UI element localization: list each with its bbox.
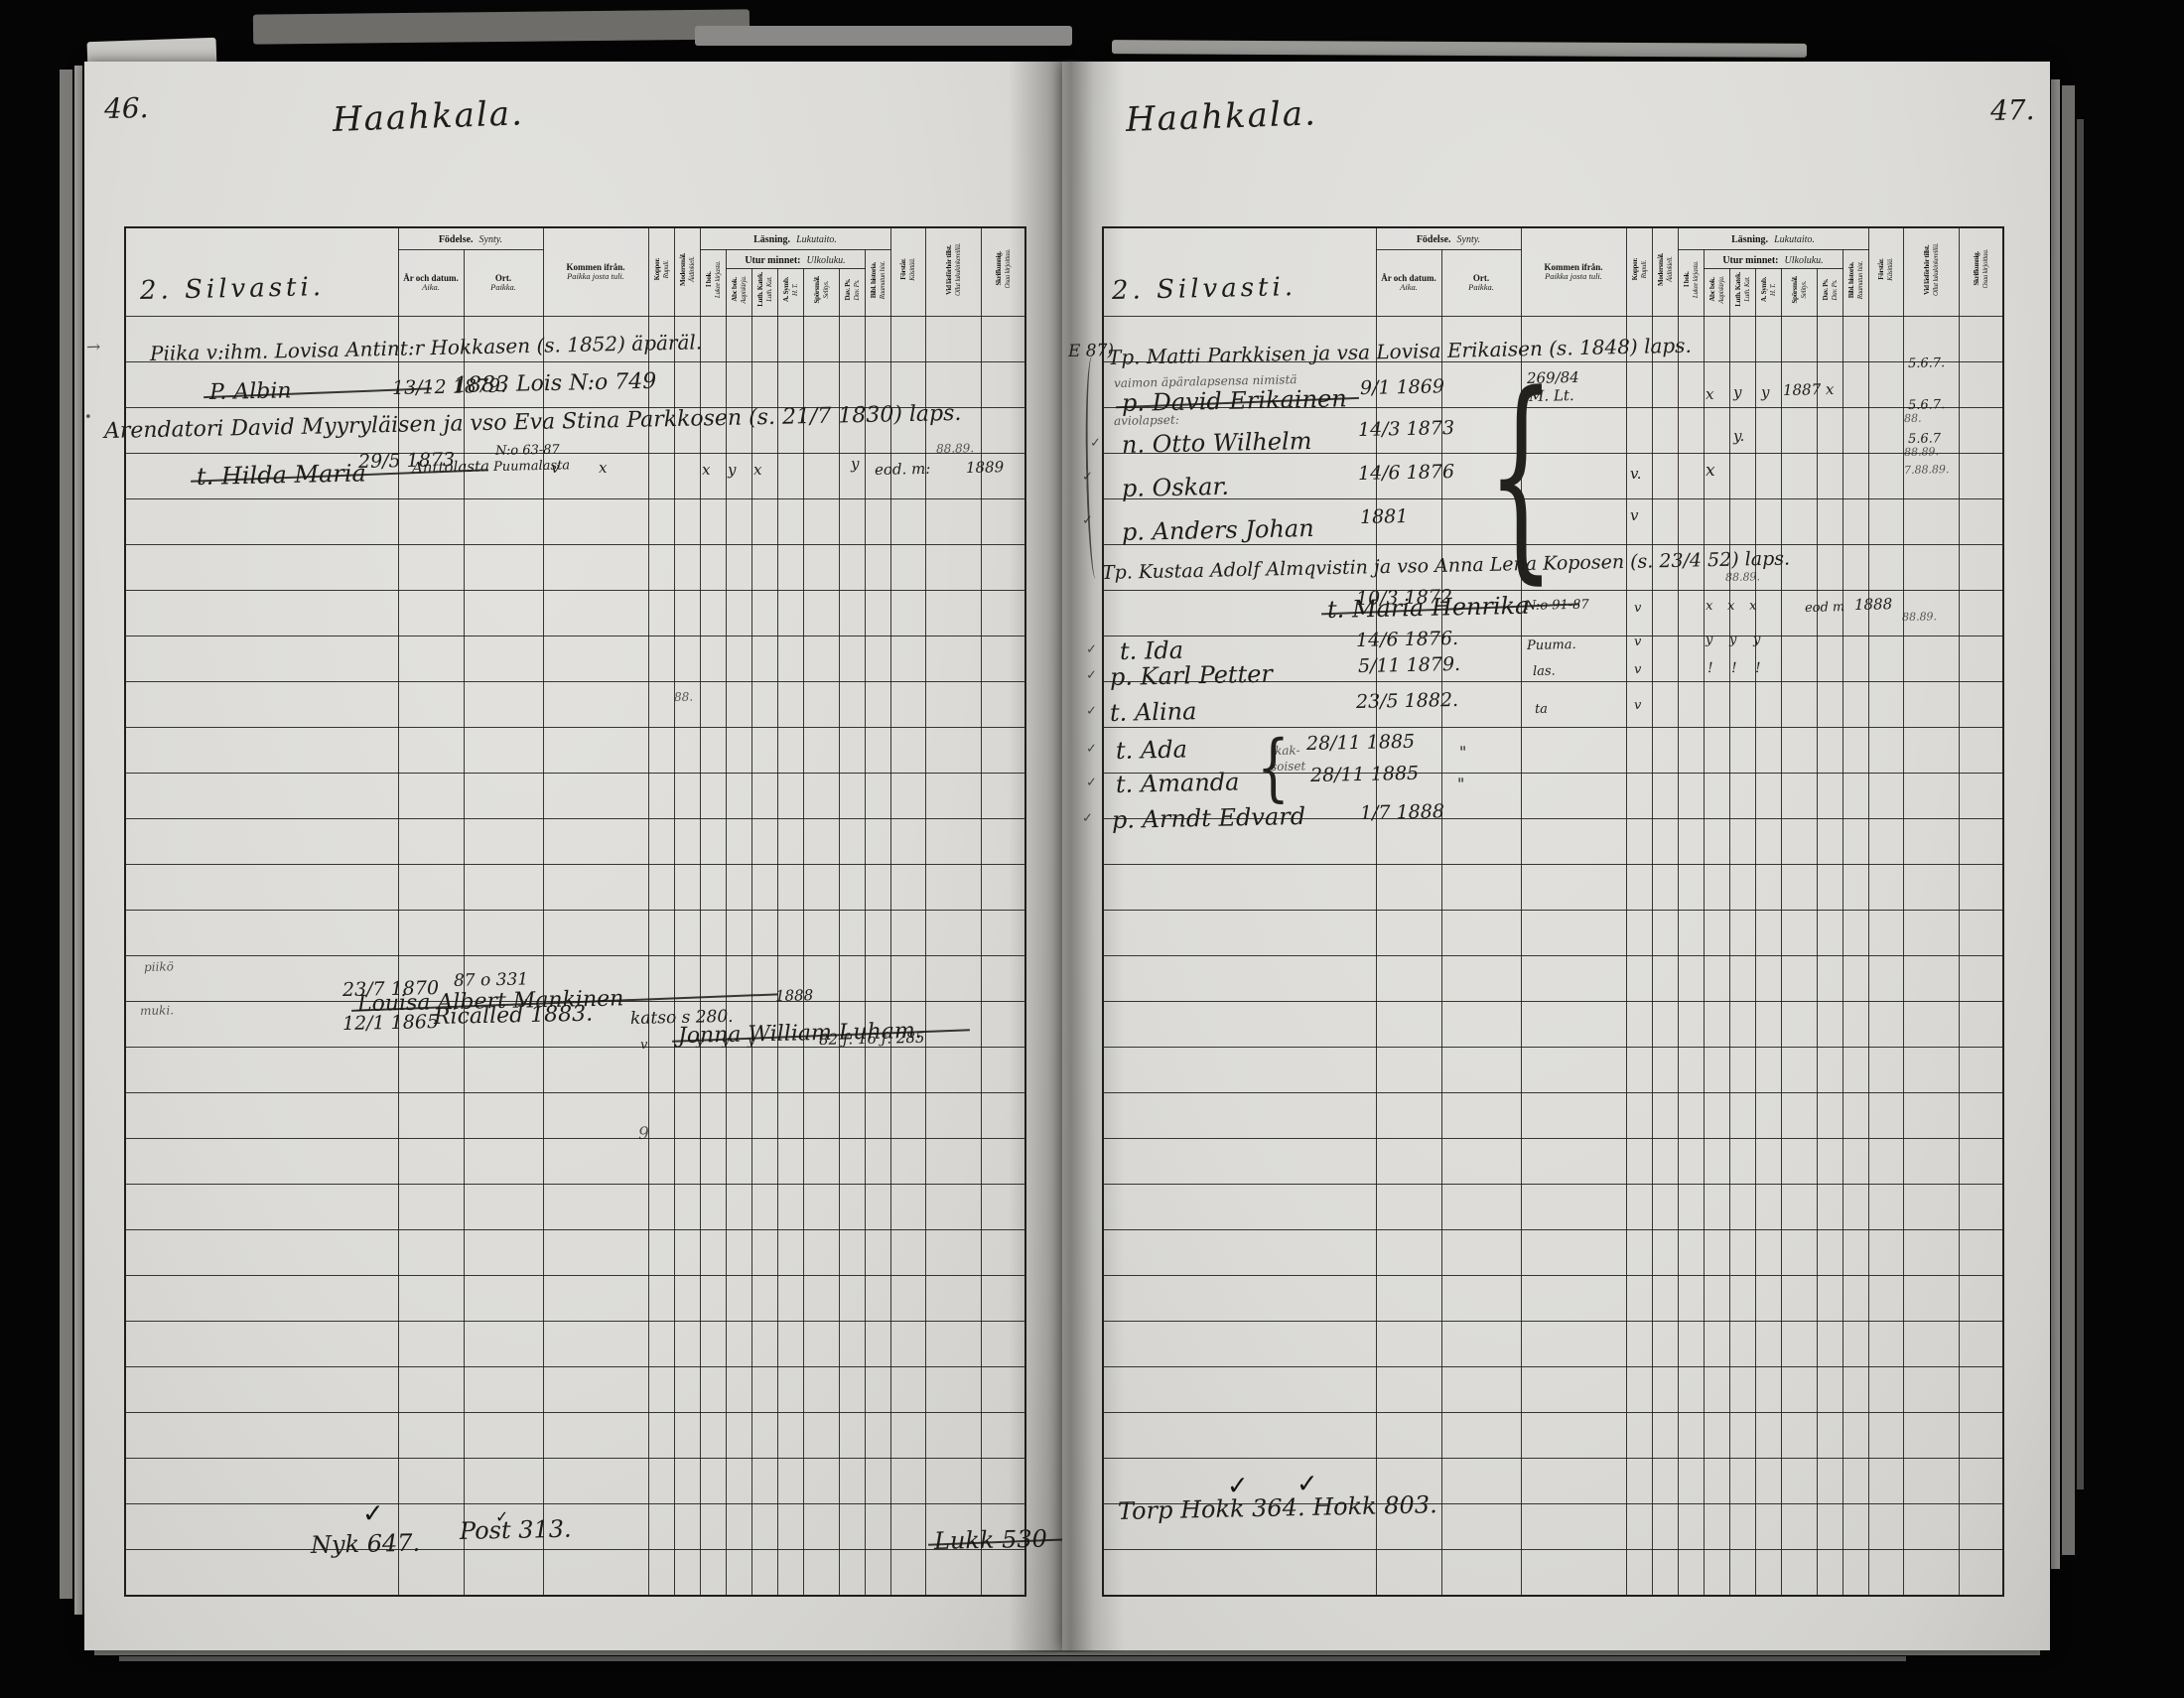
- grid-cell: [1755, 1503, 1781, 1549]
- mark: !: [1707, 661, 1713, 675]
- grid-cell: [1704, 1184, 1729, 1229]
- grid-cell: [125, 590, 398, 636]
- grid-cell: [839, 1229, 865, 1275]
- grid-cell: [125, 1047, 398, 1092]
- grid-cell: [803, 1503, 839, 1549]
- grid-cell: [726, 910, 751, 955]
- grid-cell: [1652, 1275, 1678, 1321]
- grid-cell: [543, 636, 648, 681]
- grid-cell: [1868, 773, 1903, 818]
- grid-cell: [398, 1321, 464, 1366]
- checkmark: ✓: [495, 1509, 509, 1525]
- grid-cell: [1441, 1275, 1521, 1321]
- grid-cell: [925, 316, 981, 361]
- entry-name: p. Anders Johan: [1122, 516, 1314, 544]
- grid-cell: [865, 1503, 890, 1549]
- table-row: [1103, 1366, 2003, 1412]
- grid-cell: [839, 1366, 865, 1412]
- grid-cell: [125, 1138, 398, 1184]
- grid-cell: [803, 316, 839, 361]
- table-row: [1103, 1549, 2003, 1596]
- grid-cell: [1959, 864, 2003, 910]
- grid-cell: [751, 818, 777, 864]
- grid-cell: [1103, 1366, 1376, 1412]
- grid-cell: [777, 316, 803, 361]
- table-row: [125, 1503, 1025, 1549]
- grid-cell: [1781, 1047, 1817, 1092]
- grid-cell: [1843, 681, 1868, 727]
- grid-cell: [1441, 1412, 1521, 1458]
- grid-cell: [1521, 864, 1626, 910]
- grid-cell: [925, 1366, 981, 1412]
- grid-cell: [398, 636, 464, 681]
- grid-cell: [700, 1047, 726, 1092]
- grid-cell: [398, 864, 464, 910]
- grid-cell: [1868, 1138, 1903, 1184]
- grid-cell: [751, 1458, 777, 1503]
- grid-cell: [865, 1229, 890, 1275]
- grid-cell: [803, 1366, 839, 1412]
- grid-cell: [648, 590, 674, 636]
- grid-cell: [839, 498, 865, 544]
- grid-cell: [398, 1275, 464, 1321]
- handwriting-layer: →•Piika v:ihm. Lovisa Antint:r Hokkasen …: [84, 62, 1062, 86]
- checkmark: ✓: [1297, 1472, 1318, 1497]
- grid-cell: [1903, 773, 1959, 818]
- mark: y: [1706, 634, 1713, 646]
- grid-cell: [125, 544, 398, 590]
- grid-cell: [1678, 1412, 1704, 1458]
- col-header-ar: År och datum.Aika.: [398, 249, 464, 316]
- grid-cell: [1755, 498, 1781, 544]
- grid-cell: [1652, 1184, 1678, 1229]
- grid-cell: [1521, 1366, 1626, 1412]
- grid-cell: [648, 955, 674, 1001]
- grid-cell: [1781, 955, 1817, 1001]
- grid-cell: [1868, 407, 1903, 453]
- grid-cell: [1729, 864, 1755, 910]
- record-ref: N:o 91-87: [1525, 599, 1589, 613]
- grid-cell: [925, 910, 981, 955]
- col-header-koppor: Koppor.Rupuli.: [1626, 227, 1652, 316]
- grid-cell: [1903, 1366, 1959, 1412]
- grid-cell: [1704, 1138, 1729, 1184]
- grid-cell: [839, 1092, 865, 1138]
- grid-cell: [464, 1047, 543, 1092]
- grid-cell: [1626, 361, 1652, 407]
- year-note: 1888: [775, 988, 813, 1004]
- grid-cell: [925, 864, 981, 910]
- table-row: [125, 636, 1025, 681]
- grid-cell: [1521, 1503, 1626, 1549]
- grid-cell: [865, 1138, 890, 1184]
- table-row: [125, 1275, 1025, 1321]
- grid-cell: [1704, 1047, 1729, 1092]
- grid-cell: [1959, 1549, 2003, 1596]
- grid-cell: [1729, 818, 1755, 864]
- birth-date: 28/11 1885: [1310, 765, 1420, 785]
- year-note: 1887 x: [1783, 382, 1835, 398]
- table-row: [125, 1458, 1025, 1503]
- grid-cell: [803, 1138, 839, 1184]
- grid-cell: [1868, 1047, 1903, 1092]
- grid-cell: [1959, 316, 2003, 361]
- grid-cell: [839, 590, 865, 636]
- scanned-register-spread: 46. Haahkala. 2. Silvasti. Födelse.Synty…: [0, 0, 2184, 1698]
- grid-cell: [1678, 590, 1704, 636]
- grid-cell: [1626, 1184, 1652, 1229]
- grid-cell: [839, 1549, 865, 1596]
- grid-cell: [1729, 1229, 1755, 1275]
- grid-cell: [700, 544, 726, 590]
- grid-cell: [777, 727, 803, 773]
- birth-date: 14/6 1876: [1358, 463, 1454, 484]
- grid-cell: [1729, 1001, 1755, 1047]
- grid-cell: [865, 1047, 890, 1092]
- grid-cell: [1626, 910, 1652, 955]
- mark: x: [702, 463, 711, 478]
- grid-cell: [865, 544, 890, 590]
- grid-cell: [1704, 727, 1729, 773]
- grid-cell: [1376, 1412, 1441, 1458]
- grid-cell: [981, 727, 1025, 773]
- grid-cell: [1704, 1366, 1729, 1412]
- note: 82 ƒ. 16 ƒ. 285: [819, 1031, 925, 1048]
- grid-cell: [1959, 407, 2003, 453]
- grid-cell: [751, 910, 777, 955]
- grid-cell: [543, 773, 648, 818]
- col-header-lasning: Läsning.Lukutaito.: [1678, 227, 1868, 249]
- grid-cell: [1817, 1138, 1843, 1184]
- note: eod. m:: [875, 462, 931, 478]
- grid-cell: [464, 1275, 543, 1321]
- mark: v: [1634, 636, 1642, 648]
- grid-cell: [1103, 1138, 1376, 1184]
- grid-cell: [1817, 1366, 1843, 1412]
- grid-cell: [890, 910, 925, 955]
- marginal-note: muki.: [140, 1004, 174, 1017]
- grid-cell: [125, 498, 398, 544]
- grid-cell: [777, 361, 803, 407]
- grid-cell: [981, 1275, 1025, 1321]
- col-header-sporsmal: Spörsmål.Selitys.: [803, 268, 839, 316]
- grid-cell: [777, 1138, 803, 1184]
- grid-cell: [398, 773, 464, 818]
- grid-cell: [925, 727, 981, 773]
- grid-cell: [726, 681, 751, 727]
- grid-cell: [1817, 636, 1843, 681]
- table-row: [125, 1229, 1025, 1275]
- marginal-note: piikö: [144, 960, 174, 973]
- col-header-luth: Luth. Katek.Luth. Kat.: [1729, 268, 1755, 316]
- grid-cell: [865, 590, 890, 636]
- grid-cell: [1376, 1184, 1441, 1229]
- grid-cell: [125, 1184, 398, 1229]
- grid-cell: [1521, 1458, 1626, 1503]
- grid-cell: [890, 1047, 925, 1092]
- grid-cell: [865, 1458, 890, 1503]
- grid-cell: [890, 1458, 925, 1503]
- grid-cell: [890, 864, 925, 910]
- grid-cell: [1843, 1001, 1868, 1047]
- grid-cell: [726, 1229, 751, 1275]
- footer-tally-struck: Lukk 530: [933, 1527, 1046, 1553]
- grid-cell: [398, 1229, 464, 1275]
- grid-cell: [1626, 1321, 1652, 1366]
- grid-cell: [981, 1458, 1025, 1503]
- grid-cell: [674, 727, 700, 773]
- grid-cell: [1441, 1503, 1521, 1549]
- grid-cell: [777, 453, 803, 498]
- year-note: 1889: [966, 460, 1004, 476]
- grid-cell: [925, 1412, 981, 1458]
- grid-cell: [543, 544, 648, 590]
- grid-cell: [1626, 1366, 1652, 1412]
- grid-cell: [464, 1229, 543, 1275]
- ink-mark: 9: [638, 1126, 649, 1143]
- grid-cell: [839, 1503, 865, 1549]
- grid-cell: [890, 1412, 925, 1458]
- grid-cell: [1959, 681, 2003, 727]
- col-header-davps: Dav. Ps.Dav. Ps.: [1817, 268, 1843, 316]
- grid-cell: [1652, 361, 1678, 407]
- grid-cell: [674, 361, 700, 407]
- col-header-ort: Ort.Paikka.: [1441, 249, 1521, 316]
- grid-cell: [1678, 727, 1704, 773]
- table-row: [125, 590, 1025, 636]
- grid-cell: [865, 1549, 890, 1596]
- grid-cell: [700, 681, 726, 727]
- table-row: [125, 910, 1025, 955]
- grid-cell: [1729, 1366, 1755, 1412]
- grid-cell: [1103, 1321, 1376, 1366]
- table-row: [1103, 1047, 2003, 1092]
- grid-cell: [648, 818, 674, 864]
- grid-cell: [1843, 1321, 1868, 1366]
- grid-cell: [1704, 1549, 1729, 1596]
- grid-cell: [1868, 498, 1903, 544]
- col-header-utur: Utur minnet:Ulkoluku.: [1704, 249, 1843, 268]
- col-header-koppor: Koppor.Rupuli.: [648, 227, 674, 316]
- grid-cell: [890, 818, 925, 864]
- page-number: 46.: [104, 94, 149, 123]
- grid-cell: [839, 1047, 865, 1092]
- row-tick: ✓: [1086, 705, 1097, 718]
- grid-cell: [398, 910, 464, 955]
- grid-cell: [777, 1458, 803, 1503]
- grid-cell: [865, 681, 890, 727]
- grid-cell: [1781, 1412, 1817, 1458]
- grid-cell: [1959, 544, 2003, 590]
- grid-cell: [1521, 1047, 1626, 1092]
- grid-cell: [1652, 1001, 1678, 1047]
- grid-cell: [751, 1503, 777, 1549]
- grid-cell: [1959, 636, 2003, 681]
- entry-name: n. Otto Wilhelm: [1122, 429, 1312, 457]
- grid-cell: [1868, 1229, 1903, 1275]
- grid-cell: [1755, 1458, 1781, 1503]
- grid-cell: [1376, 1047, 1441, 1092]
- grid-cell: [1678, 910, 1704, 955]
- table-row: [125, 1412, 1025, 1458]
- grid-cell: [925, 498, 981, 544]
- grid-cell: [777, 910, 803, 955]
- grid-cell: [1376, 864, 1441, 910]
- table-row: [125, 1321, 1025, 1366]
- grid-cell: [1817, 316, 1843, 361]
- grid-cell: [777, 1412, 803, 1458]
- grid-cell: [1626, 407, 1652, 453]
- entry-name: t. Amanda: [1116, 770, 1240, 796]
- grid-cell: [1817, 1412, 1843, 1458]
- grid-cell: [726, 544, 751, 590]
- grid-cell: [1817, 407, 1843, 453]
- birth-date: 14/6 1876.: [1356, 630, 1458, 650]
- ink-dot: •: [84, 411, 92, 424]
- mark: !: [1755, 661, 1761, 675]
- grid-cell: [543, 1366, 648, 1412]
- grid-cell: [865, 864, 890, 910]
- grid-cell: [1652, 1047, 1678, 1092]
- grid-cell: [1843, 1458, 1868, 1503]
- grid-cell: [925, 681, 981, 727]
- grid-cell: [751, 1047, 777, 1092]
- grid-cell: [1817, 544, 1843, 590]
- grid-cell: [398, 1458, 464, 1503]
- grid-cell: [839, 1412, 865, 1458]
- col-header-abc: Abc bok.Aapiskirja.: [1704, 268, 1729, 316]
- birth-date: 10/3 1872: [1356, 588, 1452, 609]
- grid-cell: [1652, 1092, 1678, 1138]
- grid-cell: [1521, 910, 1626, 955]
- grid-cell: [1903, 681, 1959, 727]
- grid-cell: [777, 773, 803, 818]
- grid-cell: [1781, 1549, 1817, 1596]
- grid-cell: [398, 681, 464, 727]
- birth-place: Anttolasta: [412, 459, 489, 476]
- grid-cell: [674, 453, 700, 498]
- grid-cell: [1652, 636, 1678, 681]
- paper-scrap: [1112, 40, 1807, 58]
- grid-cell: [1755, 1275, 1781, 1321]
- grid-cell: [543, 1458, 648, 1503]
- paper-scrap: [253, 9, 750, 44]
- grid-cell: [1626, 818, 1652, 864]
- record-ref: 87 o 331: [454, 971, 528, 990]
- grid-cell: [1704, 681, 1729, 727]
- row-tick: ✓: [1086, 743, 1097, 756]
- grid-cell: [865, 1092, 890, 1138]
- grid-cell: [1704, 498, 1729, 544]
- grid-cell: [1843, 1047, 1868, 1092]
- table-row: [125, 1549, 1025, 1596]
- grid-cell: [726, 498, 751, 544]
- table-row: [1103, 727, 2003, 773]
- attendance-years: 5.6.7.: [1908, 356, 1945, 370]
- grid-cell: [1652, 1412, 1678, 1458]
- grid-cell: [751, 544, 777, 590]
- grid-cell: [1817, 1503, 1843, 1549]
- grid-cell: [751, 864, 777, 910]
- grid-cell: [1678, 681, 1704, 727]
- grid-cell: [1843, 1366, 1868, 1412]
- attendance-years: 5.6.7.: [1908, 398, 1945, 412]
- grid-cell: [1521, 1412, 1626, 1458]
- grid-cell: [1704, 316, 1729, 361]
- grid-cell: [890, 590, 925, 636]
- twins-note: soiset: [1271, 760, 1306, 773]
- table-row: [1103, 864, 2003, 910]
- grid-cell: [1678, 1138, 1704, 1184]
- grid-cell: [925, 1458, 981, 1503]
- grid-cell: [700, 1092, 726, 1138]
- grid-cell: [839, 1184, 865, 1229]
- grid-cell: [1729, 1047, 1755, 1092]
- grid-cell: [648, 1138, 674, 1184]
- grid-cell: [1843, 498, 1868, 544]
- grid-cell: [890, 316, 925, 361]
- grid-cell: [1652, 498, 1678, 544]
- entry-name: t. Ida: [1120, 638, 1184, 663]
- grid-cell: [125, 727, 398, 773]
- grid-cell: [839, 316, 865, 361]
- grid-cell: [1959, 1138, 2003, 1184]
- grid-cell: [1903, 727, 1959, 773]
- grid-cell: [777, 1092, 803, 1138]
- grid-cell: [1441, 864, 1521, 910]
- grid-cell: [865, 1184, 890, 1229]
- grid-cell: [803, 1412, 839, 1458]
- grid-cell: [1903, 1092, 1959, 1138]
- grid-cell: [1781, 727, 1817, 773]
- grid-cell: [1755, 1047, 1781, 1092]
- col-header-luth: Luth. Katek.Luth. Kat.: [751, 268, 777, 316]
- col-header-asymb: A. Symb.H. T.: [777, 268, 803, 316]
- grid-cell: [1755, 773, 1781, 818]
- grid-cell: [1755, 1092, 1781, 1138]
- row-tick: ✓: [1082, 514, 1093, 527]
- grid-cell: [1441, 1047, 1521, 1092]
- grid-cell: [1959, 1366, 2003, 1412]
- grid-cell: [803, 1275, 839, 1321]
- grid-cell: [1441, 1366, 1521, 1412]
- grid-cell: [648, 1458, 674, 1503]
- grid-cell: [751, 590, 777, 636]
- grid-cell: [1652, 864, 1678, 910]
- grid-cell: [1678, 1458, 1704, 1503]
- grid-cell: [1868, 1092, 1903, 1138]
- grid-cell: [726, 361, 751, 407]
- grid-cell: [1521, 1092, 1626, 1138]
- grid-cell: [674, 1047, 700, 1092]
- grid-cell: [1755, 864, 1781, 910]
- row-tick: ✓: [1086, 669, 1097, 682]
- grid-cell: [125, 1458, 398, 1503]
- grid-cell: [464, 773, 543, 818]
- grid-cell: [398, 498, 464, 544]
- grid-cell: [1652, 681, 1678, 727]
- grid-cell: [803, 544, 839, 590]
- grid-cell: [1959, 1229, 2003, 1275]
- grid-cell: [1843, 727, 1868, 773]
- mark: x: [1727, 600, 1735, 613]
- grid-cell: [1755, 316, 1781, 361]
- grid-cell: [726, 864, 751, 910]
- grid-cell: [1843, 316, 1868, 361]
- grid-cell: [1959, 498, 2003, 544]
- grid-cell: [1868, 316, 1903, 361]
- grid-cell: [700, 773, 726, 818]
